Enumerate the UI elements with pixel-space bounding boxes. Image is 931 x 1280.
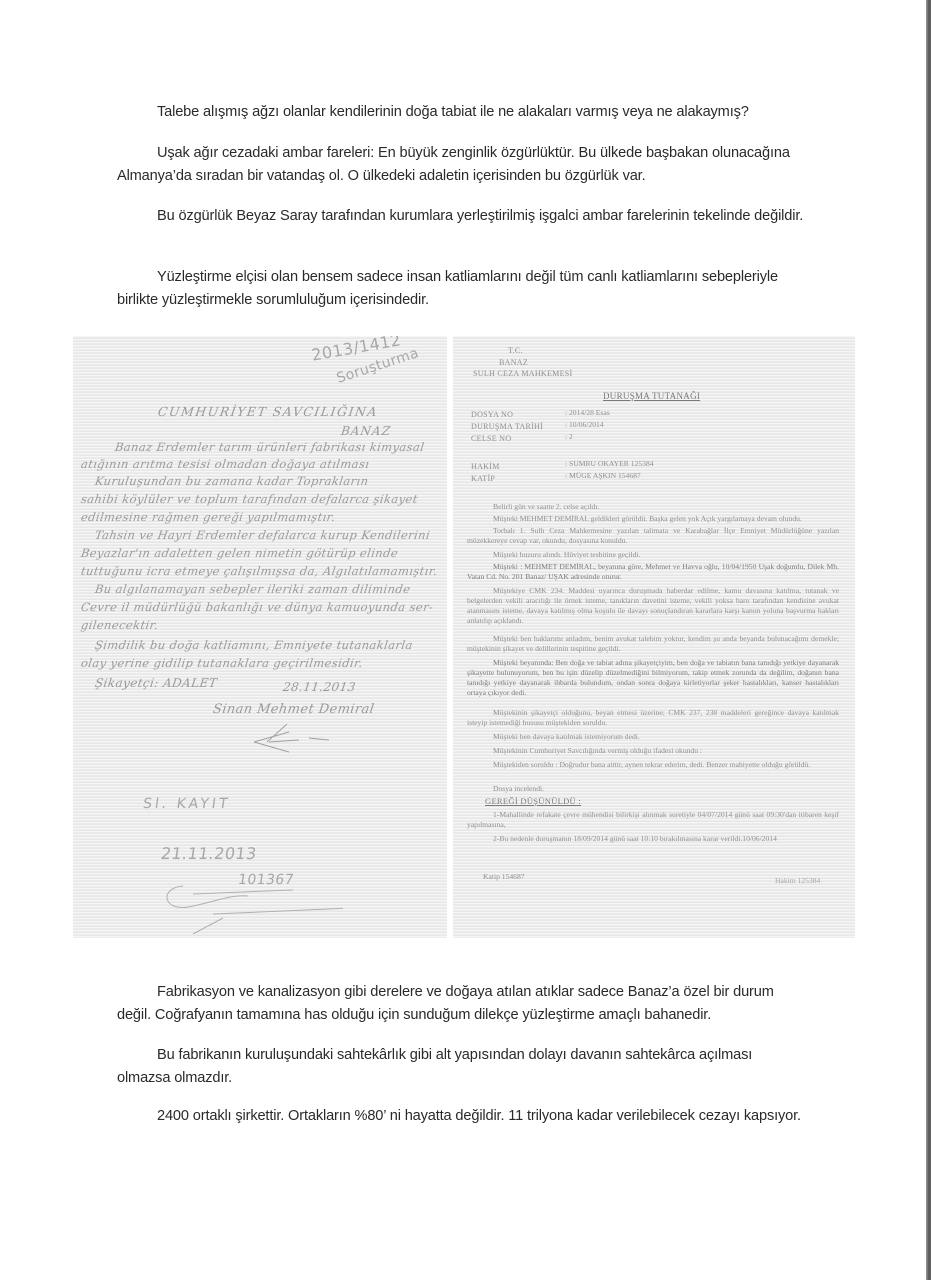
field-value: : 10/06/2014 <box>565 420 604 430</box>
receipt-note: Sl. KAYIT <box>142 796 232 812</box>
field-value: : 2014/28 Esas <box>565 408 610 418</box>
petition-line: edilmesine rağmen gereği yapılmamıştır. <box>80 510 336 524</box>
record-paragraph: Müştekinin şikayetçi olduğunu, beyan etm… <box>467 708 839 728</box>
record-paragraph: Müşteki ben haklarımı anladım, benim avu… <box>467 634 839 654</box>
scanner-edge <box>926 0 931 1280</box>
field-value: : 2 <box>565 432 573 442</box>
field-label: DOSYA NO <box>471 410 513 420</box>
court-record-scan: T.C. BANAZ SULH CEZA MAHKEMESİ DURUŞMA T… <box>453 336 855 938</box>
signature-icon <box>249 720 344 760</box>
field-value: : MÜGE AŞKIN 154687 <box>565 471 641 481</box>
field-label: DURUŞMA TARİHİ <box>471 422 543 432</box>
decision-item: 1-Mahallinde refakate çevre mühendisi bi… <box>467 810 839 830</box>
paragraph-1: Talebe alışmış ağzı olanlar kendilerinin… <box>117 101 807 124</box>
paragraph-7: 2400 ortaklı şirkettir. Ortakların %80’ … <box>117 1105 807 1128</box>
field-label: HAKİM <box>471 462 500 472</box>
record-paragraph: Müşteki beyanında: Ben doğa ve tabiat ad… <box>467 658 839 698</box>
record-paragraph: Belirli gün ve saatte 2. celse açıldı. <box>467 502 839 512</box>
petition-line: Bu algılanamayan sebepler ileriki zaman … <box>94 582 411 596</box>
petition-line: Beyazlar'ın adaletten gelen nimetin götü… <box>80 546 399 560</box>
petition-line: Banaz Erdemler tarım ürünleri fabrikası … <box>114 440 425 454</box>
paragraph-3: Bu özgürlük Beyaz Saray tarafından kurum… <box>117 205 807 228</box>
complainant-label: Şikayetçi: ADALET <box>94 676 218 690</box>
clerk-signature: Katip 154687 <box>483 872 525 882</box>
court-header-line: BANAZ <box>499 358 528 368</box>
court-header-line: T.C. <box>508 346 523 356</box>
petition-line: gilenecektir. <box>80 618 159 632</box>
petition-date: 28.11.2013 <box>282 680 357 694</box>
record-paragraph: Müştekinin Cumhuriyet Savcılığında vermi… <box>467 746 839 756</box>
record-paragraph: Müşteki : MEHMET DEMİRAL, beyanına göre,… <box>467 562 839 582</box>
court-header-line: SULH CEZA MAHKEMESİ <box>473 369 572 379</box>
paragraph-5: Fabrikasyon ve kanalizasyon gibi dereler… <box>117 981 807 1027</box>
petition-line: tuttuğunu icra etmeye çalışılmışsa da, A… <box>80 564 438 578</box>
decision-item: 2-Bu nedenle duruşmanın 18/09/2014 günü … <box>467 834 839 844</box>
record-title: DURUŞMA TUTANAĞI <box>603 391 700 401</box>
record-paragraph: Müştekiye CMK 234. Maddesi uyarınca duru… <box>467 586 839 626</box>
signature-name: Sinan Mehmet Demiral <box>212 702 375 717</box>
record-paragraph: Müşteki huzuru alındı. Hüviyet tesbitine… <box>467 550 839 560</box>
petition-line: Cevre il müdürlüğü bakanlığı ve dünya ka… <box>80 600 434 614</box>
decision-heading: GEREĞİ DÜŞÜNÜLDÜ : <box>485 796 581 806</box>
paragraph-6: Bu fabrikanın kuruluşundaki sahtekârlık … <box>117 1044 807 1090</box>
petition-line: atığının arıtma tesisi olmadan doğaya at… <box>80 457 370 471</box>
petition-line: Tahsin ve Hayri Erdemler defalarca kurup… <box>94 528 431 542</box>
handwritten-petition-scan: 2013/1412 Soruşturma CUMHURİYET SAVCILIĞ… <box>73 336 447 938</box>
city: BANAZ <box>340 424 392 438</box>
record-paragraph: Torbalı 1. Sulh Ceza Mahkemesine yazılan… <box>467 526 839 546</box>
addressee: CUMHURİYET SAVCILIĞINA <box>157 404 379 419</box>
paragraph-4: Yüzleştirme elçisi olan bensem sadece in… <box>117 266 807 312</box>
receipt-date: 21.11.2013 <box>160 844 258 863</box>
field-label: CELSE NO <box>471 434 511 444</box>
paragraph-2: Uşak ağır cezadaki ambar fareleri: En bü… <box>117 142 807 188</box>
receipt-number: 101367 <box>237 872 295 888</box>
record-paragraph: Müşteki MEHMET DEMİRAL geldikleri görüld… <box>467 514 839 524</box>
record-paragraph: Müştekiden soruldu : Doğrudur bana aitti… <box>467 760 839 770</box>
petition-line: olay yerine gidilip tutanaklara geçirilm… <box>80 656 364 670</box>
field-value: : SUMRU OKAYER 125384 <box>565 459 654 469</box>
petition-line: sahibi köylüler ve toplum tarafından def… <box>80 492 419 506</box>
petition-line: Kuruluşundan bu zamana kadar Toprakların <box>94 474 369 488</box>
field-label: KATİP <box>471 474 495 484</box>
judge-signature: Hakim 125384 <box>775 876 820 886</box>
record-paragraph: Müşteki ben davaya katılmak istemiyorum … <box>467 732 839 742</box>
record-paragraph: Dosya incelendi. <box>467 784 839 794</box>
petition-line: Şimdilik bu doğa katliamını, Emniyete tu… <box>94 638 414 652</box>
